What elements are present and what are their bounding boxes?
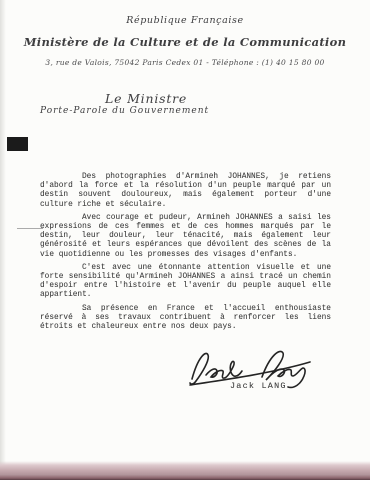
paragraph-1: Des photographies d'Armineh JOHANNES, je… — [40, 173, 331, 210]
left-scan-edge-shadow — [0, 0, 6, 480]
paragraph-4: Sa présence en France et l'accueil entho… — [40, 305, 331, 333]
sender-subtitle: Porte-Parole du Gouvernement — [40, 106, 209, 116]
letter-body: Des photographies d'Armineh JOHANNES, je… — [40, 173, 331, 336]
typed-signature-name: Jack LANG — [230, 381, 287, 391]
scanned-letter-page: République Française Ministère de la Cul… — [0, 0, 370, 480]
scan-artifact-mark — [7, 137, 28, 151]
letterhead-ministry-line: Ministère de la Culture et de la Communi… — [0, 35, 370, 49]
paragraph-3: C'est avec une étonnante attention visue… — [40, 264, 331, 301]
bottom-scan-band — [0, 461, 370, 480]
sender-title: Le Ministre — [105, 91, 187, 106]
letterhead-republic-line: République Française — [0, 15, 370, 26]
letterhead-address-line: 3, rue de Valois, 75042 Paris Cedex 01 -… — [0, 58, 370, 67]
paragraph-2: Avec courage et pudeur, Armineh JOHANNES… — [40, 214, 331, 260]
